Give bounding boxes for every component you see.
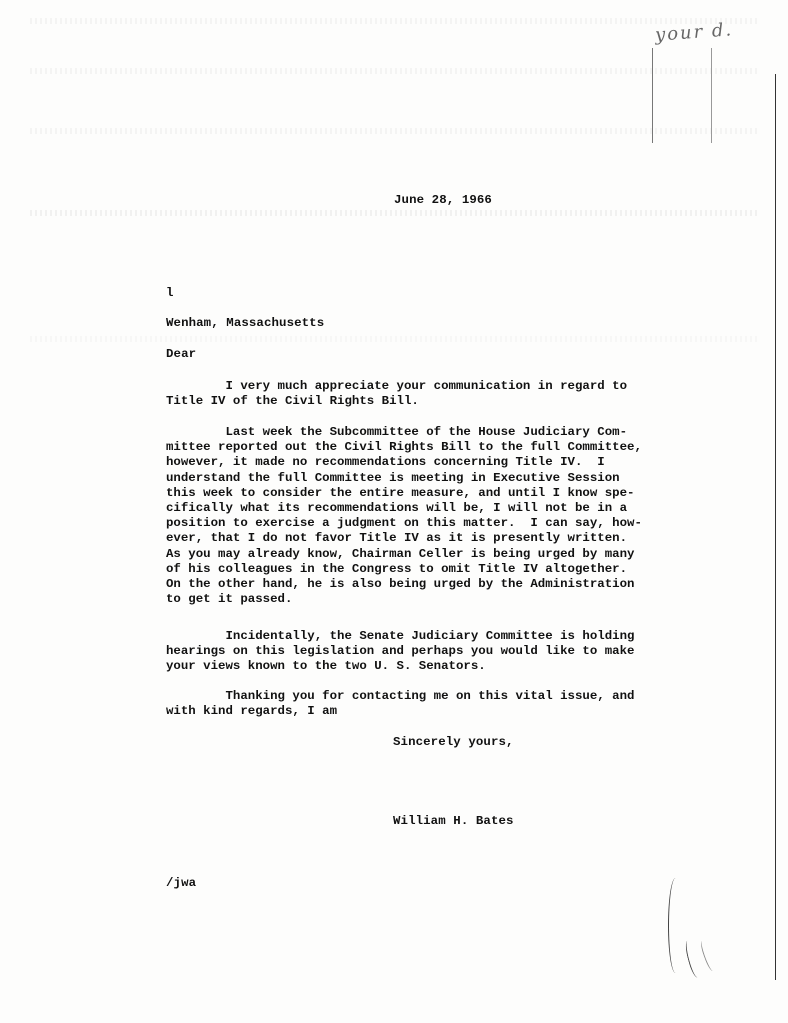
scan-noise	[30, 128, 758, 134]
scan-noise	[30, 18, 758, 24]
text-line: I very much appreciate your communicatio…	[166, 379, 686, 394]
paragraph-4: Thanking you for contacting me on this v…	[166, 689, 686, 719]
typist-initials: /jwa	[166, 876, 196, 891]
pen-stroke	[683, 939, 702, 978]
text-line: Last week the Subcommittee of the House …	[166, 425, 686, 440]
signature-name: William H. Bates	[393, 814, 514, 829]
handwritten-note: your d.	[654, 19, 733, 45]
text-line: hearings on this legislation and perhaps…	[166, 644, 686, 659]
text-line: On the other hand, he is also being urge…	[166, 577, 686, 592]
text-line: of his colleagues in the Congress to omi…	[166, 562, 686, 577]
text-line: however, it made no recommendations conc…	[166, 455, 686, 470]
salutation: Dear	[166, 347, 196, 362]
text-line: with kind regards, I am	[166, 704, 686, 719]
text-line: understand the full Committee is meeting…	[166, 471, 686, 486]
margin-mark	[711, 48, 712, 143]
text-line: position to exercise a judgment on this …	[166, 516, 686, 531]
text-line: Incidentally, the Senate Judiciary Commi…	[166, 629, 686, 644]
scan-noise	[30, 210, 758, 216]
address-line: Wenham, Massachusetts	[166, 316, 324, 331]
paragraph-1: I very much appreciate your communicatio…	[166, 379, 686, 409]
margin-mark	[652, 48, 653, 143]
pen-stroke	[668, 878, 683, 973]
letter-date: June 28, 1966	[394, 193, 492, 208]
scan-noise	[30, 336, 758, 342]
scan-noise	[30, 68, 758, 74]
text-line: Thanking you for contacting me on this v…	[166, 689, 686, 704]
text-line: As you may already know, Chairman Celler…	[166, 547, 686, 562]
text-line: ever, that I do not favor Title IV as it…	[166, 531, 686, 546]
page-edge-line	[775, 74, 776, 980]
pen-stroke	[699, 940, 717, 972]
text-line: Title IV of the Civil Rights Bill.	[166, 394, 686, 409]
paragraph-2: Last week the Subcommittee of the House …	[166, 425, 686, 607]
address-mark: l	[166, 286, 174, 301]
text-line: mittee reported out the Civil Rights Bil…	[166, 440, 686, 455]
text-line: this week to consider the entire measure…	[166, 486, 686, 501]
closing: Sincerely yours,	[393, 735, 514, 750]
paragraph-3: Incidentally, the Senate Judiciary Commi…	[166, 629, 686, 675]
text-line: cifically what its recommendations will …	[166, 501, 686, 516]
text-line: your views known to the two U. S. Senato…	[166, 659, 686, 674]
text-line: to get it passed.	[166, 592, 686, 607]
